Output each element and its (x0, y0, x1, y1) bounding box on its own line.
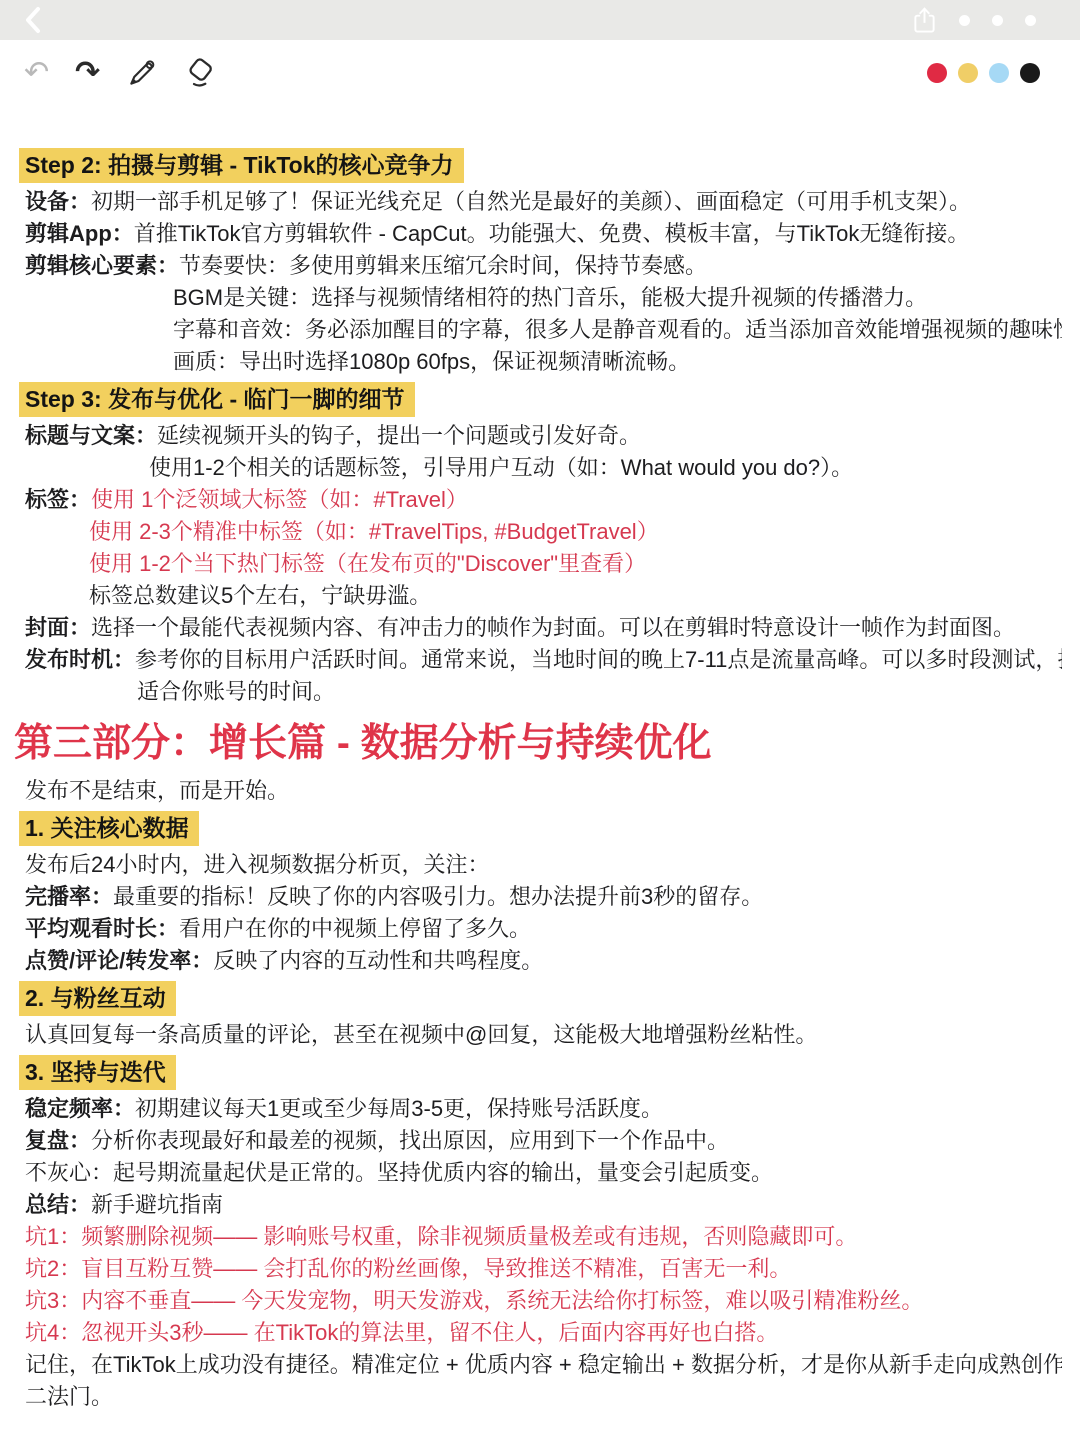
doc-line-text: 选择一个最能代表视频内容、有冲击力的帧作为封面。可以在剪辑时特意设计一帧作为封面… (91, 615, 1015, 640)
doc-line: 发布不是结束，而是开始。 (25, 775, 1062, 807)
doc-line-text: 初期建议每天1更或至少每周3-5更，保持账号活跃度。 (135, 1096, 663, 1121)
doc-line: 二法门。 (25, 1381, 1062, 1413)
status-bar-right (912, 5, 1036, 35)
note-app-screen: ↶ ↷ Step 2: 拍摄与剪辑 (0, 0, 1080, 1440)
doc-line-text: BGM是关键：选择与视频情绪相符的热门音乐，能极大提升视频的传播潜力。 (173, 285, 927, 310)
doc-heading-fan-interact: 2. 与粉丝互动 (19, 977, 1062, 1019)
highlighted-text: Step 3: 发布与优化 - 临门一脚的细节 (19, 382, 415, 417)
doc-heading-persist: 3. 坚持与迭代 (19, 1051, 1062, 1093)
doc-line: 画质：导出时选择1080p 60fps，保证视频清晰流畅。 (25, 346, 1062, 378)
section-heading-part3: 第三部分：增长篇 - 数据分析与持续优化 (14, 721, 1062, 767)
doc-line-label: 完播率： (25, 884, 113, 909)
doc-line-text: 适合你账号的时间。 (137, 679, 335, 704)
doc-line: 剪辑App：首推TikTok官方剪辑软件 - CapCut。功能强大、免费、模板… (25, 218, 1062, 250)
doc-line-label: 点赞/评论/转发率： (25, 948, 213, 973)
doc-line-label: 剪辑App： (25, 221, 134, 246)
doc-line: 适合你账号的时间。 (25, 676, 1062, 708)
doc-line: 字幕和音效：务必添加醒目的字幕，很多人是静音观看的。适当添加音效能增强视频的趣味… (25, 314, 1062, 346)
page-indicator-dot[interactable] (992, 15, 1003, 26)
doc-line-text: 标签总数建议5个左右，宁缺毋滥。 (89, 583, 431, 608)
doc-line-text: 使用 1-2个当下热门标签（在发布页的"Discover"里查看） (89, 551, 646, 576)
doc-line-text: 看用户在你的中视频上停留了多久。 (179, 916, 531, 941)
doc-line: 剪辑核心要素：节奏要快：多使用剪辑来压缩冗余时间，保持节奏感。 (25, 250, 1062, 282)
highlighted-text: 1. 关注核心数据 (19, 811, 199, 846)
color-swatch-black[interactable] (1020, 63, 1040, 83)
doc-line-text: 坑3：内容不垂直—— 今天发宠物，明天发游戏，系统无法给你打标签，难以吸引精准粉… (25, 1288, 923, 1313)
doc-line-text: 参考你的目标用户活跃时间。通常来说，当地时间的晚上7-11点是流量高峰。可以多时… (135, 647, 1062, 672)
doc-line-label: 剪辑核心要素： (25, 253, 179, 278)
doc-line: 稳定频率：初期建议每天1更或至少每周3-5更，保持账号活跃度。 (25, 1093, 1062, 1125)
doc-line-text: 坑4：忽视开头3秒—— 在TikTok的算法里，留不住人，后面内容再好也白搭。 (25, 1320, 778, 1345)
highlighted-text: 2. 与粉丝互动 (19, 981, 176, 1016)
doc-line: BGM是关键：选择与视频情绪相符的热门音乐，能极大提升视频的传播潜力。 (25, 282, 1062, 314)
doc-line-label: 平均观看时长： (25, 916, 179, 941)
doc-line-text: 使用 2-3个精准中标签（如：#TravelTips, #BudgetTrave… (89, 519, 659, 544)
doc-line-text: 字幕和音效：务必添加醒目的字幕，很多人是静音观看的。适当添加音效能增强视频的趣味… (173, 317, 1062, 342)
doc-line: 不灰心：起号期流量起伏是正常的。坚持优质内容的输出，量变会引起质变。 (25, 1157, 1062, 1189)
color-swatch-blue[interactable] (989, 63, 1009, 83)
doc-line: 复盘：分析你表现最好和最差的视频，找出原因，应用到下一个作品中。 (25, 1125, 1062, 1157)
color-swatch-yellow[interactable] (958, 63, 978, 83)
doc-line: 发布后24小时内，进入视频数据分析页，关注： (25, 849, 1062, 881)
doc-line-text: 最重要的指标！反映了你的内容吸引力。想办法提升前3秒的留存。 (113, 884, 763, 909)
doc-line: 平均观看时长：看用户在你的中视频上停留了多久。 (25, 913, 1062, 945)
chevron-left-icon (22, 5, 44, 35)
doc-line-text: 发布后24小时内，进入视频数据分析页，关注： (25, 852, 489, 877)
redo-button[interactable]: ↷ (75, 58, 100, 88)
doc-line-text: 反映了内容的互动性和共鸣程度。 (213, 948, 543, 973)
doc-line-label: 复盘： (25, 1128, 91, 1153)
doc-line: 标签总数建议5个左右，宁缺毋滥。 (25, 580, 1062, 612)
doc-line: 使用1-2个相关的话题标签，引导用户互动（如：What would you do… (25, 452, 1062, 484)
doc-line-label: 发布时机： (25, 647, 135, 672)
doc-line-warning: 坑4：忽视开头3秒—— 在TikTok的算法里，留不住人，后面内容再好也白搭。 (25, 1317, 1062, 1349)
doc-line-warning: 坑3：内容不垂直—— 今天发宠物，明天发游戏，系统无法给你打标签，难以吸引精准粉… (25, 1285, 1062, 1317)
eraser-icon (184, 57, 216, 89)
doc-line-warning: 坑2：盲目互粉互赞—— 会打乱你的粉丝画像，导致推送不精准，百害无一利。 (25, 1253, 1062, 1285)
share-icon (912, 5, 937, 35)
doc-line: 发布时机：参考你的目标用户活跃时间。通常来说，当地时间的晚上7-11点是流量高峰… (25, 644, 1062, 676)
doc-line: 使用 1-2个当下热门标签（在发布页的"Discover"里查看） (25, 548, 1062, 580)
highlighted-text: 3. 坚持与迭代 (19, 1055, 176, 1090)
doc-line-text: 新手避坑指南 (91, 1192, 223, 1217)
doc-line-label: 标签： (25, 487, 91, 512)
doc-line-text: 坑1：频繁删除视频—— 影响账号权重，除非视频质量极差或有违规，否则隐藏即可。 (25, 1224, 857, 1249)
doc-line-text: 使用1-2个相关的话题标签，引导用户互动（如：What would you do… (149, 455, 853, 480)
doc-line: 记住，在TikTok上成功没有捷径。精准定位 + 优质内容 + 稳定输出 + 数… (25, 1349, 1062, 1381)
status-bar (0, 0, 1080, 40)
share-button[interactable] (912, 5, 937, 35)
doc-line: 认真回复每一条高质量的评论，甚至在视频中@回复，这能极大地增强粉丝粘性。 (25, 1019, 1062, 1051)
color-swatch-red[interactable] (927, 63, 947, 83)
doc-line-text: 分析你表现最好和最差的视频，找出原因，应用到下一个作品中。 (91, 1128, 729, 1153)
doc-line: 标题与文案：延续视频开头的钩子，提出一个问题或引发好奇。 (25, 420, 1062, 452)
doc-line: 完播率：最重要的指标！反映了你的内容吸引力。想办法提升前3秒的留存。 (25, 881, 1062, 913)
tool-group: ↶ ↷ (24, 57, 216, 89)
doc-line-text: 不灰心：起号期流量起伏是正常的。坚持优质内容的输出，量变会引起质变。 (25, 1160, 773, 1185)
doc-line: 使用 2-3个精准中标签（如：#TravelTips, #BudgetTrave… (25, 516, 1062, 548)
highlighted-text: Step 2: 拍摄与剪辑 - TikTok的核心竞争力 (19, 148, 464, 183)
doc-line-label: 封面： (25, 615, 91, 640)
pen-tool-button[interactable] (126, 57, 158, 89)
doc-heading-step2: Step 2: 拍摄与剪辑 - TikTok的核心竞争力 (19, 144, 1062, 186)
doc-line-text: 节奏要快：多使用剪辑来压缩冗余时间，保持节奏感。 (179, 253, 707, 278)
doc-line-label: 总结： (25, 1192, 91, 1217)
doc-line-warning: 坑1：频繁删除视频—— 影响账号权重，除非视频质量极差或有违规，否则隐藏即可。 (25, 1221, 1062, 1253)
doc-line-text: 画质：导出时选择1080p 60fps，保证视频清晰流畅。 (173, 349, 690, 374)
doc-line-text: 二法门。 (25, 1384, 113, 1409)
doc-line-label: 设备： (25, 189, 91, 214)
color-swatch-group (927, 63, 1040, 83)
edit-toolbar: ↶ ↷ (0, 40, 1080, 106)
doc-line-text: 发布不是结束，而是开始。 (25, 778, 289, 803)
page-indicator-dot[interactable] (1025, 15, 1036, 26)
doc-line-text: 初期一部手机足够了！保证光线充足（自然光是最好的美颜）、画面稳定（可用手机支架）… (91, 189, 971, 214)
doc-line-text: 记住，在TikTok上成功没有捷径。精准定位 + 优质内容 + 稳定输出 + 数… (25, 1352, 1062, 1377)
doc-line: 点赞/评论/转发率：反映了内容的互动性和共鸣程度。 (25, 945, 1062, 977)
doc-line-text: 认真回复每一条高质量的评论，甚至在视频中@回复，这能极大地增强粉丝粘性。 (25, 1022, 817, 1047)
doc-line-text: 延续视频开头的钩子，提出一个问题或引发好奇。 (157, 423, 641, 448)
back-button[interactable] (22, 5, 44, 35)
pen-icon (126, 57, 158, 89)
doc-line: 设备：初期一部手机足够了！保证光线充足（自然光是最好的美颜）、画面稳定（可用手机… (25, 186, 1062, 218)
note-page: Step 2: 拍摄与剪辑 - TikTok的核心竞争力 设备：初期一部手机足够… (0, 106, 1080, 1413)
eraser-tool-button[interactable] (184, 57, 216, 89)
doc-line-label: 标题与文案： (25, 423, 157, 448)
doc-line-text: 坑2：盲目互粉互赞—— 会打乱你的粉丝画像，导致推送不精准，百害无一利。 (25, 1256, 791, 1281)
doc-heading-step3: Step 3: 发布与优化 - 临门一脚的细节 (19, 378, 1062, 420)
doc-line: 标签：使用 1个泛领域大标签（如：#Travel） (25, 484, 1062, 516)
doc-line-label: 稳定频率： (25, 1096, 135, 1121)
doc-heading-core-data: 1. 关注核心数据 (19, 807, 1062, 849)
doc-line-text: 首推TikTok官方剪辑软件 - CapCut。功能强大、免费、模板丰富，与Ti… (134, 221, 970, 246)
doc-line: 封面：选择一个最能代表视频内容、有冲击力的帧作为封面。可以在剪辑时特意设计一帧作… (25, 612, 1062, 644)
undo-button[interactable]: ↶ (24, 58, 49, 88)
page-indicator-dot[interactable] (959, 15, 970, 26)
doc-line: 总结：新手避坑指南 (25, 1189, 1062, 1221)
doc-line-text: 使用 1个泛领域大标签（如：#Travel） (91, 487, 468, 512)
